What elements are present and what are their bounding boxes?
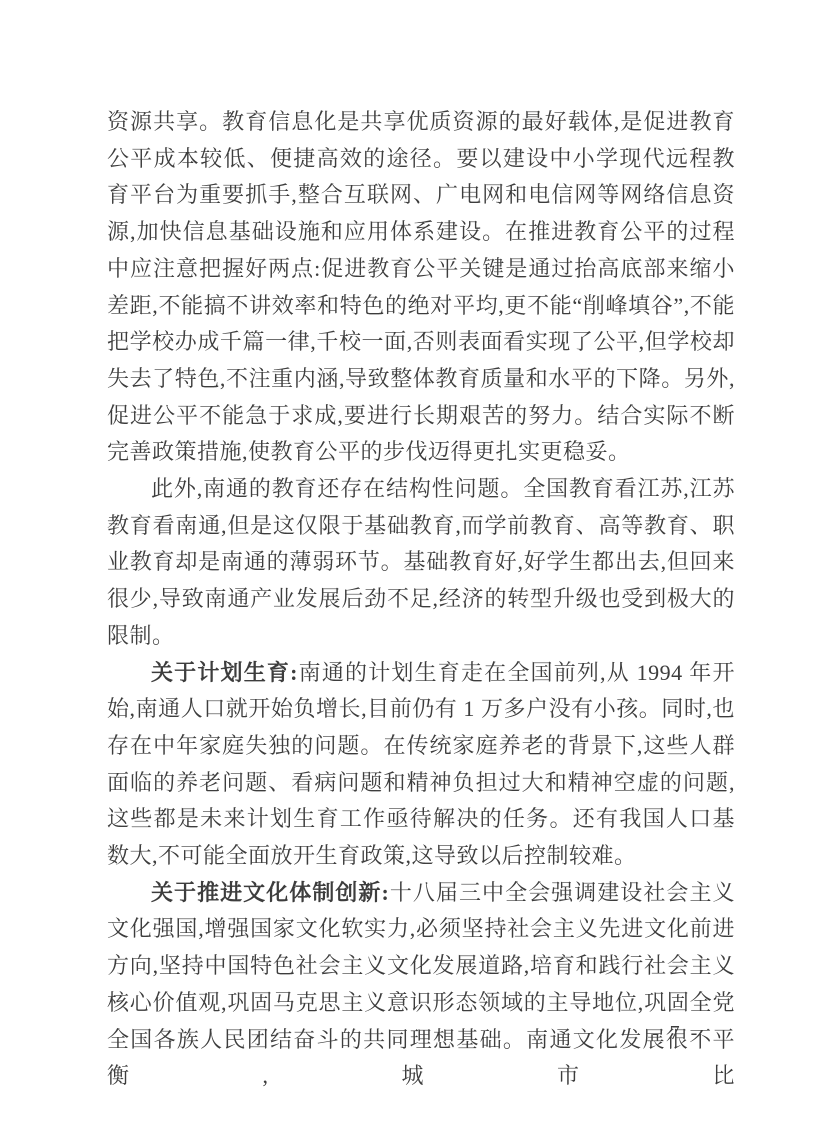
paragraph-cultural-innovation: 关于推进文化体制创新:十八届三中全会强调建设社会主义文化强国,增强国家文化软实力… (107, 875, 735, 1095)
paragraph-text: 十八届三中全会强调建设社会主义文化强国,增强国家文化软实力,必须坚持社会主义先进… (107, 880, 735, 1089)
document-page: 资源共享。教育信息化是共享优质资源的最好载体,是促进教育公平成本较低、便捷高效的… (0, 0, 827, 1122)
paragraph-text: 此外,南通的教育还存在结构性问题。全国教育看江苏,江苏教育看南通,但是这仅限于基… (107, 476, 735, 648)
paragraph-text: 资源共享。教育信息化是共享优质资源的最好载体,是促进教育公平成本较低、便捷高效的… (107, 109, 735, 464)
paragraph-family-planning: 关于计划生育:南通的计划生育走在全国前列,从 1994 年开始,南通人口就开始负… (107, 655, 735, 875)
paragraph-lead-cultural-innovation: 关于推进文化体制创新: (151, 880, 389, 905)
paragraph-text: 南通的计划生育走在全国前列,从 1994 年开始,南通人口就开始负增长,目前仍有… (107, 660, 735, 869)
paragraph-education-equity: 资源共享。教育信息化是共享优质资源的最好载体,是促进教育公平成本较低、便捷高效的… (107, 104, 735, 471)
paragraph-lead-family-planning: 关于计划生育: (151, 660, 298, 685)
document-body: 资源共享。教育信息化是共享优质资源的最好载体,是促进教育公平成本较低、便捷高效的… (107, 104, 735, 1095)
paragraph-education-structure: 此外,南通的教育还存在结构性问题。全国教育看江苏,江苏教育看南通,但是这仅限于基… (107, 471, 735, 655)
page-number: - 7 - (652, 1022, 700, 1045)
